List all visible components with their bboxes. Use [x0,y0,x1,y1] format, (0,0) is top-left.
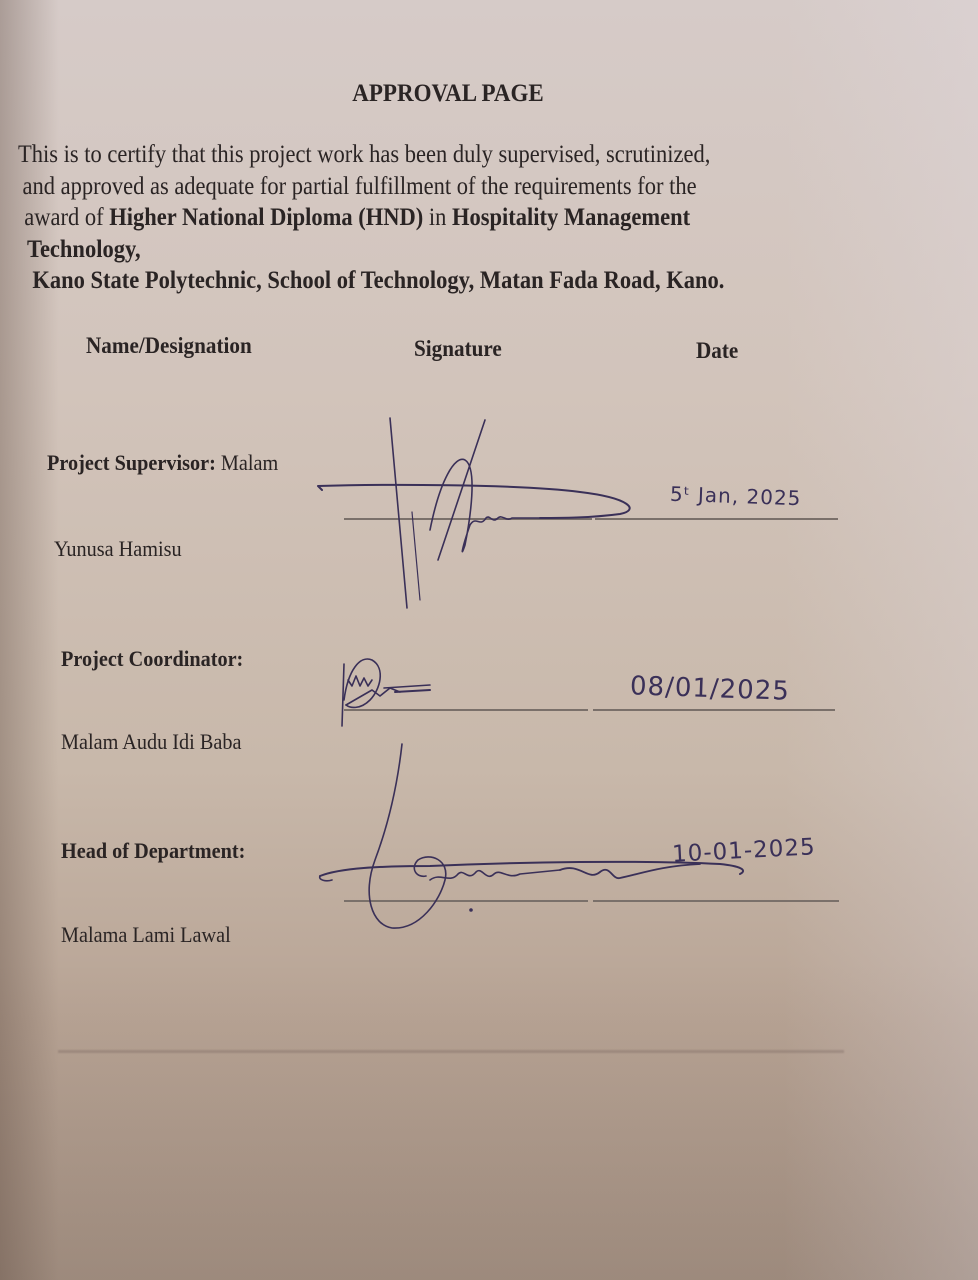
coordinator-role: Project Coordinator: [61,646,243,672]
coordinator-signature-line [344,709,588,711]
institution-address: Kano State Polytechnic, School of Techno… [18,265,810,297]
coordinator-role-title: Project Coordinator: [61,646,243,671]
supervisor-signature-icon [318,418,630,608]
hod-signature-line [344,900,588,902]
column-header-date: Date [696,338,738,364]
program-name: Hospitality Management [452,204,690,231]
supervisor-name: Yunusa Hamisu [54,536,182,562]
award-connector: in [423,204,452,231]
hod-name: Malama Lami Lawal [61,922,231,948]
supervisor-date: 5ᵗ Jan, 2025 [670,482,802,511]
supervisor-signature-line [344,518,592,520]
certification-line-3: award of Higher National Diploma (HND) i… [18,202,810,234]
certification-line-2: and approved as adequate for partial ful… [18,171,810,203]
supervisor-date-line [595,518,838,520]
supervisor-role-title: Project Supervisor: [47,450,216,475]
column-header-signature: Signature [414,336,502,362]
hod-role: Head of Department: [61,838,245,864]
award-prefix: award of [24,204,109,231]
hod-date-line [593,900,839,902]
diploma-name: Higher National Diploma (HND) [109,204,423,231]
faint-divider-line [58,1050,844,1053]
column-header-name: Name/Designation [86,333,252,359]
coordinator-signature-icon [342,659,430,726]
hod-date: 10-01-2025 [671,834,816,867]
supervisor-honorific: Malam [216,450,278,475]
certification-line-4: Technology, [18,234,810,266]
coordinator-date: 08/01/2025 [630,671,791,707]
certification-paragraph: This is to certify that this project wor… [18,139,810,297]
page-title: APPROVAL PAGE [36,80,860,108]
supervisor-role: Project Supervisor: Malam [47,450,278,476]
coordinator-date-line [593,709,835,711]
coordinator-name: Malam Audu Idi Baba [61,729,241,755]
certification-line-1: This is to certify that this project wor… [18,139,810,171]
hod-role-title: Head of Department: [61,838,245,863]
